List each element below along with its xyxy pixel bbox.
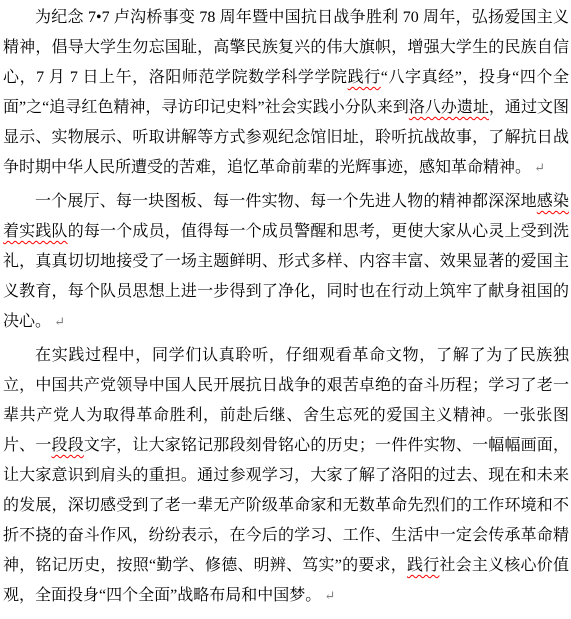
- text-run: 文字，让大家铭记那段刻骨铭心的历史；一件件实物、一幅幅画面，让大家意识到肩头的重…: [3, 437, 569, 574]
- text-run: 的每一个成员，值得每一个成员警醒和思考，更使大家从心灵上受到洗礼，真真切切地接受…: [3, 223, 569, 330]
- spellcheck-flagged-text: 段段: [52, 437, 84, 454]
- spellcheck-flagged-text: 洛八办遗址: [409, 99, 489, 116]
- paragraph: 在实践过程中，同学们认真聆听，仔细观看革命文物，了解了为了民族独立，中国共产党领…: [3, 341, 569, 611]
- paragraph-mark-icon: ↵: [51, 314, 65, 329]
- paragraph-mark-icon: ↵: [531, 160, 545, 175]
- document-page: 为纪念 7•7 卢沟桥事变 78 周年暨中国抗日战争胜利 70 周年，弘扬爱国主…: [0, 0, 571, 619]
- document-body: 为纪念 7•7 卢沟桥事变 78 周年暨中国抗日战争胜利 70 周年，弘扬爱国主…: [3, 3, 569, 611]
- spellcheck-flagged-text: 践行: [348, 69, 381, 86]
- paragraph-mark-icon: ↵: [321, 588, 335, 603]
- paragraph: 一个展厅、每一块图板、每一件实物、每一个先进人物的精神都深深地感染着实践队的每一…: [3, 187, 569, 337]
- spellcheck-flagged-text: 践行: [407, 557, 439, 574]
- text-run: 一个展厅、每一块图板、每一件实物、每一个先进人物的精神都深深地: [35, 193, 537, 210]
- paragraph: 为纪念 7•7 卢沟桥事变 78 周年暨中国抗日战争胜利 70 周年，弘扬爱国主…: [3, 3, 569, 183]
